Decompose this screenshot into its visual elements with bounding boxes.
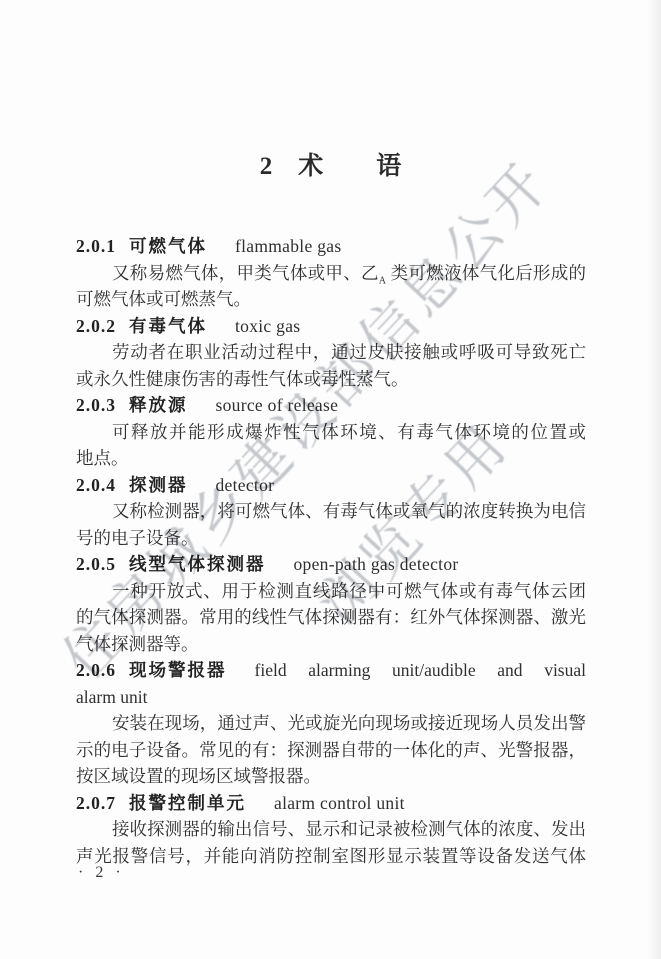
clause-number: 2.0.5 — [76, 551, 116, 578]
definition-text: 类可燃液体气化后形成的 — [386, 263, 586, 283]
clause-number: 2.0.3 — [76, 392, 116, 419]
subscript-a: A — [379, 275, 386, 286]
term-cn: 探测器 — [129, 472, 188, 499]
clause-heading-2-0-7: 2.0.7 报警控制单元 alarm control unit — [76, 790, 586, 817]
clause-number: 2.0.4 — [76, 472, 116, 499]
term-en: field alarming unit/audible and visual — [255, 657, 587, 684]
definition-line: 气体探测器等。 — [76, 631, 586, 658]
chapter-number: 2 — [260, 153, 274, 180]
term-cn: 线型气体探测器 — [129, 551, 266, 578]
definition-line: 又称易燃气体，甲类气体或甲、乙A 类可燃液体气化后形成的 — [76, 260, 586, 287]
clause-heading-2-0-1: 2.0.1 可燃气体 flammable gas — [76, 233, 586, 260]
term-cn: 释放源 — [129, 392, 188, 419]
definition-line: 接收探测器的输出信号、显示和记录被检测气体的浓度、发出 — [76, 816, 586, 843]
term-en: flammable gas — [235, 233, 341, 260]
clause-number: 2.0.2 — [76, 313, 116, 340]
definition-line: 按区域设置的现场区域警报器。 — [76, 763, 586, 790]
clause-heading-2-0-5: 2.0.5 线型气体探测器 open-path gas detector — [76, 551, 586, 578]
clause-heading-2-0-6: 2.0.6 现场警报器 field alarming unit/audible … — [76, 657, 586, 684]
term-en: open-path gas detector — [294, 551, 459, 578]
definition-line: 可释放并能形成爆炸性气体环境、有毒气体环境的位置或 — [76, 419, 586, 446]
definition-text: 又称易燃气体，甲类气体或甲、乙 — [112, 263, 379, 283]
definition-line: 安装在现场，通过声、光或旋光向现场或接近现场人员发出警 — [76, 710, 586, 737]
term-en: detector — [216, 472, 275, 499]
definition-line: 的气体探测器。常用的线性气体探测器有：红外气体探测器、激光 — [76, 604, 586, 631]
clause-number: 2.0.1 — [76, 233, 116, 260]
definition-line: 号的电子设备。 — [76, 525, 586, 552]
definition-line: 示的电子设备。常见的有：探测器自带的一体化的声、光警报器， — [76, 737, 586, 764]
definition-line: 可燃气体或可燃蒸气。 — [76, 286, 586, 313]
definition-line: 劳动者在职业活动过程中，通过皮肤接触或呼吸可导致死亡 — [76, 339, 586, 366]
clause-number: 2.0.6 — [76, 657, 116, 684]
term-cn: 可燃气体 — [129, 233, 207, 260]
term-en: source of release — [216, 392, 339, 419]
chapter-title-word2: 语 — [376, 153, 402, 180]
clause-heading-2-0-3: 2.0.3 释放源 source of release — [76, 392, 586, 419]
clause-heading-2-0-4: 2.0.4 探测器 detector — [76, 472, 586, 499]
term-cn: 有毒气体 — [129, 313, 207, 340]
terminology-body: 2.0.1 可燃气体 flammable gas 又称易燃气体，甲类气体或甲、乙… — [76, 233, 586, 869]
term-cn: 现场警报器 — [129, 657, 227, 684]
term-en: toxic gas — [235, 313, 300, 340]
definition-line: 一种开放式、用于检测直线路径中可燃气体或有毒气体云团 — [76, 578, 586, 605]
term-en-continued: alarm unit — [76, 684, 586, 711]
definition-line: 声光报警信号，并能向消防控制室图形显示装置等设备发送气体 — [76, 843, 586, 870]
definition-line: 又称检测器，将可燃气体、有毒气体或氧气的浓度转换为电信 — [76, 498, 586, 525]
definition-line: 地点。 — [76, 445, 586, 472]
definition-line: 或永久性健康伤害的毒性气体或毒性蒸气。 — [76, 366, 586, 393]
chapter-title: 2术语 — [76, 146, 586, 182]
clause-number: 2.0.7 — [76, 790, 116, 817]
term-en: alarm control unit — [274, 790, 405, 817]
document-page: 2术语 2.0.1 可燃气体 flammable gas 又称易燃气体，甲类气体… — [0, 0, 661, 959]
chapter-title-word1: 术 — [298, 153, 324, 180]
term-cn: 报警控制单元 — [129, 790, 246, 817]
clause-heading-2-0-2: 2.0.2 有毒气体 toxic gas — [76, 313, 586, 340]
page-number: · 2 · — [78, 864, 125, 882]
